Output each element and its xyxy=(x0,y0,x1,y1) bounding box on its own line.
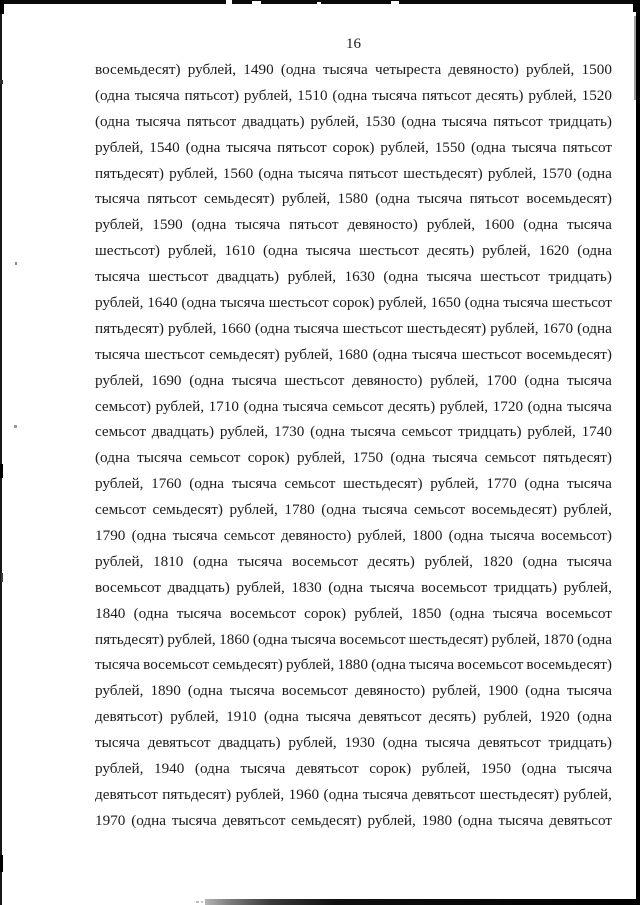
text-word: рублей, xyxy=(492,631,540,649)
text-word: рублей, xyxy=(220,423,268,441)
text-word: (одна xyxy=(524,372,559,390)
text-word: 1870 xyxy=(543,631,573,649)
body-text: восемьдесят)рублей,1490(однатысячачетыре… xyxy=(95,57,612,834)
text-word: 1690 xyxy=(151,372,181,390)
scan-artifact-right-fringe xyxy=(634,16,636,100)
text-word: рублей, xyxy=(168,320,216,338)
text-word: (одна xyxy=(192,216,227,234)
text-word: (одна xyxy=(258,165,293,183)
text-word: (одна xyxy=(373,346,408,364)
text-word: тысяча xyxy=(567,760,612,778)
text-word: восемьсот xyxy=(282,682,348,700)
text-word: тысяча xyxy=(283,398,328,416)
text-word: тысяча xyxy=(95,656,140,674)
text-word: рублей, xyxy=(288,734,336,752)
text-word: рублей, xyxy=(284,346,332,364)
text-word: шестьдесят) xyxy=(480,786,559,804)
text-line: девятьсот)рублей,1910(однатысячадевятьсо… xyxy=(95,704,612,730)
text-word: 1950 xyxy=(481,760,511,778)
text-word: тысяча xyxy=(370,579,415,597)
text-word: 1680 xyxy=(338,346,368,364)
text-word: 1590 xyxy=(152,216,182,234)
text-word: тысяча xyxy=(240,760,285,778)
text-word: (одна xyxy=(195,760,230,778)
text-line: рублей,1640(однатысячашестьсотсорок)рубл… xyxy=(95,290,612,316)
text-word: тысяча xyxy=(232,372,277,390)
text-word: тысяча xyxy=(95,346,140,364)
text-word: восемьсот xyxy=(143,656,209,674)
text-word: тысяча xyxy=(567,398,612,416)
text-word: 1500 xyxy=(582,61,612,79)
text-word: пятьсот xyxy=(187,113,236,131)
text-word: сорок) xyxy=(332,294,374,312)
text-line: рублей,1540(однатысячапятьсотсорок)рубле… xyxy=(95,135,612,161)
scan-artifact-speck xyxy=(0,80,3,84)
text-word: восемьсот xyxy=(230,605,296,623)
text-word: шестьдесят) xyxy=(407,320,486,338)
text-word: (одна xyxy=(95,113,130,131)
text-word: пятьдесят) xyxy=(95,165,164,183)
text-word: пятьсот xyxy=(349,165,398,183)
text-word: 1820 xyxy=(483,553,513,571)
text-word: десять) xyxy=(429,708,476,726)
text-word: восемьсот) xyxy=(541,527,612,545)
text-line: восемьдесят)рублей,1490(однатысячачетыре… xyxy=(95,57,612,83)
text-word: пятьсот xyxy=(563,139,612,157)
text-word: (одна xyxy=(577,708,612,726)
text-word: 1910 xyxy=(226,708,256,726)
text-word: тридцать) xyxy=(458,423,521,441)
text-word: восемьдесят) xyxy=(526,656,612,674)
text-line: девятьсотпятьдесят)рублей,1960(однатысяч… xyxy=(95,782,612,808)
text-word: тысяча xyxy=(409,656,454,674)
text-word: рублей, xyxy=(95,139,143,157)
text-word: двадцать) xyxy=(152,423,214,441)
text-word: 1940 xyxy=(154,760,184,778)
text-word: 1740 xyxy=(582,423,612,441)
text-word: восемьдесят) xyxy=(526,190,612,208)
text-word: 1800 xyxy=(412,527,442,545)
text-word: 1540 xyxy=(149,139,179,157)
text-line: рублей,1810(однатысячавосемьсотдесять)ру… xyxy=(95,549,612,575)
text-word: девятьсот xyxy=(223,812,286,830)
text-line: (однатысячапятьсотдвадцать)рублей,1530(о… xyxy=(95,109,612,135)
text-word: 1510 xyxy=(297,87,327,105)
text-word: (одна xyxy=(577,320,612,338)
text-line: пятьдесят)рублей,1560(однатысячапятьсотш… xyxy=(95,161,612,187)
text-word: 1650 xyxy=(430,294,460,312)
text-word: рублей, xyxy=(188,61,236,79)
text-word: тысяча xyxy=(323,61,368,79)
text-line: тысячашестьсотдвадцать)рублей,1630(однат… xyxy=(95,264,612,290)
text-word: девяносто) xyxy=(448,61,518,79)
text-word: (одна xyxy=(401,113,436,131)
text-word: тысяча xyxy=(226,139,271,157)
text-word: (одна xyxy=(189,372,224,390)
scan-artifact-top-gap xyxy=(317,2,321,4)
text-word: восемьсот xyxy=(421,579,487,597)
text-word: двадцать) xyxy=(217,268,279,286)
text-word: девятьсот xyxy=(95,786,158,804)
text-word: (одна xyxy=(458,812,493,830)
text-word: рублей, xyxy=(156,398,204,416)
text-line: 1790(однатысячасемьсотдевяносто)рублей,1… xyxy=(95,523,612,549)
text-word: пятьдесят) xyxy=(162,786,231,804)
text-word: восемьдесят) xyxy=(526,346,612,364)
text-word: рублей, xyxy=(378,294,426,312)
text-word: рублей, xyxy=(244,87,292,105)
text-word: семьсот xyxy=(414,501,465,519)
text-word: тысяча xyxy=(294,320,339,338)
text-word: (одна xyxy=(310,423,345,441)
text-word: восемьдесят) xyxy=(95,61,181,79)
text-word: шестьсот xyxy=(480,268,540,286)
text-word: тысяча xyxy=(567,216,612,234)
text-word: 1970 xyxy=(95,812,125,830)
text-word: девятьсот xyxy=(478,734,541,752)
text-word: сорок) xyxy=(304,605,346,623)
text-word: (одна xyxy=(332,87,367,105)
text-word: пятьсот xyxy=(277,139,326,157)
text-word: семьсот xyxy=(95,423,146,441)
scan-artifact-topleft-blob xyxy=(0,0,4,14)
text-word: 1700 xyxy=(486,372,516,390)
text-word: (одна xyxy=(371,656,406,674)
text-word: тысяча xyxy=(135,87,180,105)
text-word: семьсот xyxy=(189,449,240,467)
text-word: (одна xyxy=(577,631,612,649)
text-line: рублей,1890(однатысячавосемьсотдевяносто… xyxy=(95,678,612,704)
text-word: (одна xyxy=(383,268,418,286)
text-word: тысяча xyxy=(567,553,612,571)
text-word: рублей, xyxy=(430,475,478,493)
text-word: (одна xyxy=(525,682,560,700)
text-word: шестьсот xyxy=(269,294,329,312)
text-word: 1860 xyxy=(219,631,249,649)
text-word: рублей, xyxy=(564,786,612,804)
text-word: тысяча xyxy=(425,734,470,752)
text-word: четыреста xyxy=(375,61,441,79)
text-word: восемьсот xyxy=(95,579,161,597)
text-word: восемьдесят) xyxy=(471,501,557,519)
scan-artifact-speck xyxy=(14,425,17,428)
text-word: (одна xyxy=(383,734,418,752)
text-word: тридцать) xyxy=(549,268,612,286)
text-word: 1880 xyxy=(338,656,368,674)
text-word: тысяча xyxy=(372,87,417,105)
text-word: двадцать) xyxy=(168,579,230,597)
text-line: рублей,1590(однатысячапятьсотдевяносто)р… xyxy=(95,212,612,238)
text-word: рублей, xyxy=(358,527,406,545)
text-word: тысяча xyxy=(363,786,408,804)
text-word: (одна xyxy=(131,812,166,830)
text-word: рублей, xyxy=(311,113,359,131)
text-word: десять) xyxy=(476,87,523,105)
text-word: 1560 xyxy=(223,165,253,183)
text-word: тысяча xyxy=(136,113,181,131)
text-word: (одна xyxy=(193,553,228,571)
text-word: (одна xyxy=(577,165,612,183)
text-word: шестьсот xyxy=(552,294,612,312)
text-word: тысяча xyxy=(173,527,218,545)
text-word: (одна xyxy=(524,475,559,493)
text-word: (одна xyxy=(244,398,279,416)
text-word: рублей, xyxy=(95,294,143,312)
text-word: 1610 xyxy=(225,242,255,260)
text-word: тысяча xyxy=(498,812,543,830)
text-word: шестьсот xyxy=(359,242,419,260)
text-word: тысяча xyxy=(351,423,396,441)
page-number: 16 xyxy=(95,36,612,53)
text-word: тысяча xyxy=(177,605,222,623)
text-word: шестьсот xyxy=(284,372,344,390)
text-word: тысяча xyxy=(95,268,140,286)
text-word: 1720 xyxy=(493,398,523,416)
text-line: 1840(однатысячавосемьсотсорок)рублей,185… xyxy=(95,601,612,627)
text-word: (одна xyxy=(577,242,612,260)
text-word: девятьсот xyxy=(296,760,359,778)
text-word: рублей, xyxy=(564,501,612,519)
text-word: тысяча xyxy=(306,242,351,260)
text-word: 1620 xyxy=(539,242,569,260)
text-word: 1890 xyxy=(150,682,180,700)
text-word: десять) xyxy=(427,242,474,260)
text-word: двадцать) xyxy=(218,734,280,752)
text-word: девятьсот xyxy=(412,786,475,804)
text-word: пятьсот xyxy=(422,87,471,105)
scan-artifact-top-gap xyxy=(252,1,261,4)
text-line: шестьсот)рублей,1610(однатысячашестьсотд… xyxy=(95,238,612,264)
text-word: (одна xyxy=(321,501,356,519)
text-line: (однатысячапятьсот)рублей,1510(однатысяч… xyxy=(95,83,612,109)
text-word: рублей, xyxy=(282,190,330,208)
text-word: рублей, xyxy=(425,553,473,571)
text-word: пятьсот xyxy=(289,216,338,234)
text-word: тысяча xyxy=(220,294,265,312)
text-word: двадцать) xyxy=(242,113,304,131)
scan-artifact-top-gap xyxy=(391,1,399,4)
document-page: 16 восемьдесят)рублей,1490(однатысячачет… xyxy=(0,0,640,905)
text-line: семьсотсемьдесят)рублей,1780(однатысячас… xyxy=(95,497,612,523)
text-word: 1960 xyxy=(289,786,319,804)
text-word: 1790 xyxy=(95,527,125,545)
text-word: семьдесят) xyxy=(152,501,222,519)
text-word: десять) xyxy=(368,553,415,571)
text-word: рублей, xyxy=(380,139,428,157)
text-word: (одна xyxy=(134,605,169,623)
scan-artifact-left-edge xyxy=(0,0,2,905)
text-word: шестьсот xyxy=(145,346,205,364)
text-word: тысяча xyxy=(306,708,351,726)
text-word: рублей, xyxy=(488,165,536,183)
text-word: шестьсот xyxy=(462,346,522,364)
text-word: (одна xyxy=(328,579,363,597)
text-word: 1760 xyxy=(151,475,181,493)
text-word: 1580 xyxy=(338,190,368,208)
text-word: (одна xyxy=(528,398,563,416)
text-word: шестьдесят) xyxy=(403,165,482,183)
text-word: девятьсот xyxy=(148,734,211,752)
text-word: рублей, xyxy=(427,216,475,234)
text-word: пятьдесят) xyxy=(95,631,164,649)
scan-artifact-right-edge xyxy=(636,0,640,905)
text-word: 1750 xyxy=(353,449,383,467)
text-word: девяносто) xyxy=(281,527,351,545)
text-word: тысяча xyxy=(442,113,487,131)
text-word: (одна xyxy=(188,682,223,700)
text-word: 1710 xyxy=(209,398,239,416)
text-word: рублей, xyxy=(527,423,575,441)
text-word: шестьсот xyxy=(343,320,403,338)
text-word: рублей, xyxy=(169,165,217,183)
text-word: тысяча xyxy=(237,553,282,571)
text-word: тысяча xyxy=(493,605,538,623)
text-word: 1770 xyxy=(486,475,516,493)
text-word: (одна xyxy=(465,294,500,312)
text-word: (одна xyxy=(95,449,130,467)
text-word: восемьсот xyxy=(457,656,523,674)
text-word: рублей, xyxy=(482,242,530,260)
text-word: 1980 xyxy=(422,812,452,830)
text-word: (одна xyxy=(390,449,425,467)
text-word: рублей, xyxy=(484,708,532,726)
text-word: рублей, xyxy=(95,682,143,700)
scan-artifact-top-gap xyxy=(226,0,232,4)
text-word: пятьсот xyxy=(493,113,542,131)
text-word: рублей, xyxy=(288,268,336,286)
text-word: девяносто) xyxy=(347,216,417,234)
text-word: семьсот xyxy=(485,449,536,467)
text-word: семьсот xyxy=(332,398,383,416)
text-word: тридцать) xyxy=(549,113,612,131)
text-word: пятьсот) xyxy=(185,87,240,105)
text-word: рублей, xyxy=(422,760,470,778)
text-line: семьсот)рублей,1710(однатысячасемьсотдес… xyxy=(95,394,612,420)
text-word: 1780 xyxy=(284,501,314,519)
text-word: 1670 xyxy=(543,320,573,338)
text-word: десять) xyxy=(388,398,435,416)
text-word: рублей, xyxy=(236,579,284,597)
text-word: семьсот xyxy=(401,423,452,441)
text-word: (одна xyxy=(253,631,288,649)
text-line: 1970(однатысячадевятьсотсемьдесят)рублей… xyxy=(95,808,612,834)
text-word: (одна xyxy=(255,320,290,338)
text-word: тысяча xyxy=(490,527,535,545)
text-word: тысяча xyxy=(230,682,275,700)
text-word: рублей, xyxy=(430,372,478,390)
text-word: (одна xyxy=(522,760,557,778)
text-word: (одна xyxy=(449,527,484,545)
text-word: рублей, xyxy=(95,216,143,234)
text-word: тысяча xyxy=(412,346,457,364)
text-word: рублей, xyxy=(297,449,345,467)
text-word: восемьсот xyxy=(339,631,405,649)
text-word: рублей, xyxy=(95,553,143,571)
text-line: пятьдесят)рублей,1660(однатысячашестьсот… xyxy=(95,316,612,342)
text-word: семьдесят) xyxy=(212,656,282,674)
text-word: (одна xyxy=(375,190,410,208)
text-word: тысяча xyxy=(232,475,277,493)
text-word: девятьсот xyxy=(549,812,612,830)
text-line: тысячавосемьсотсемьдесят)рублей,1880(одн… xyxy=(95,652,612,678)
text-word: 1810 xyxy=(153,553,183,571)
text-word: тысяча xyxy=(137,449,182,467)
text-word: девяносто) xyxy=(355,682,425,700)
text-word: тысяча xyxy=(291,631,336,649)
text-word: тридцать) xyxy=(494,579,557,597)
text-word: девяносто) xyxy=(352,372,422,390)
scan-artifact-top-edge xyxy=(0,0,640,4)
text-word: 1630 xyxy=(345,268,375,286)
text-word: 1490 xyxy=(243,61,273,79)
text-word: восемьсот xyxy=(292,553,358,571)
text-word: 1570 xyxy=(541,165,571,183)
text-word: рублей, xyxy=(95,475,143,493)
text-line: восемьсотдвадцать)рублей,1830(однатысяча… xyxy=(95,575,612,601)
text-word: 1920 xyxy=(539,708,569,726)
text-line: пятьдесят)рублей,1860(однатысячавосемьсо… xyxy=(95,627,612,653)
text-word: 1640 xyxy=(147,294,177,312)
text-word: 1850 xyxy=(411,605,441,623)
scan-artifact-right-topblob xyxy=(633,0,640,12)
text-word: пятьсот xyxy=(470,190,519,208)
text-word: рублей, xyxy=(564,579,612,597)
text-line: тысячапятьсотсемьдесят)рублей,1580(однат… xyxy=(95,186,612,212)
text-word: (одна xyxy=(523,216,558,234)
text-word: рублей, xyxy=(432,682,480,700)
text-word: пятьдесят) xyxy=(543,449,612,467)
text-word: тысяча xyxy=(172,812,217,830)
text-word: рублей, xyxy=(526,61,574,79)
text-word: тысяча xyxy=(298,165,343,183)
text-word: 1730 xyxy=(274,423,304,441)
text-word: тридцать) xyxy=(549,734,612,752)
text-word: 1830 xyxy=(291,579,321,597)
text-word: семьсот xyxy=(224,527,275,545)
text-word: рублей, xyxy=(95,760,143,778)
text-word: сорок) xyxy=(248,449,290,467)
text-word: семьдесят) xyxy=(204,190,274,208)
scan-artifact-speck xyxy=(0,855,3,872)
text-line: рублей,1690(однатысячашестьсотдевяносто)… xyxy=(95,368,612,394)
text-word: 1550 xyxy=(435,139,465,157)
text-word: рублей, xyxy=(229,501,277,519)
text-word: рублей, xyxy=(354,605,402,623)
text-word: восемьсот xyxy=(546,605,612,623)
text-word: рублей, xyxy=(95,372,143,390)
text-line: тысячашестьсотсемьдесят)рублей,1680(одна… xyxy=(95,342,612,368)
text-line: (однатысячасемьсотсорок)рублей,1750(одна… xyxy=(95,445,612,471)
text-word: шестьдесят) xyxy=(409,631,488,649)
text-word: шестьдесят) xyxy=(343,475,422,493)
text-word: рублей, xyxy=(236,786,284,804)
text-word: девятьсот xyxy=(359,708,422,726)
text-word: шестьсот xyxy=(148,268,208,286)
text-word: тысяча xyxy=(417,190,462,208)
text-word: (одна xyxy=(189,475,224,493)
scan-artifact-bottom-dash xyxy=(201,901,203,903)
text-word: тысяча xyxy=(567,682,612,700)
text-word: тысяча xyxy=(363,501,408,519)
text-word: 1900 xyxy=(488,682,518,700)
text-word: семьсот) xyxy=(95,398,151,416)
text-word: девятьсот) xyxy=(95,708,163,726)
text-word: рублей, xyxy=(367,812,415,830)
text-word: рублей, xyxy=(440,398,488,416)
text-word: рублей, xyxy=(528,87,576,105)
text-word: тысяча xyxy=(567,372,612,390)
text-word: тысяча xyxy=(512,139,557,157)
